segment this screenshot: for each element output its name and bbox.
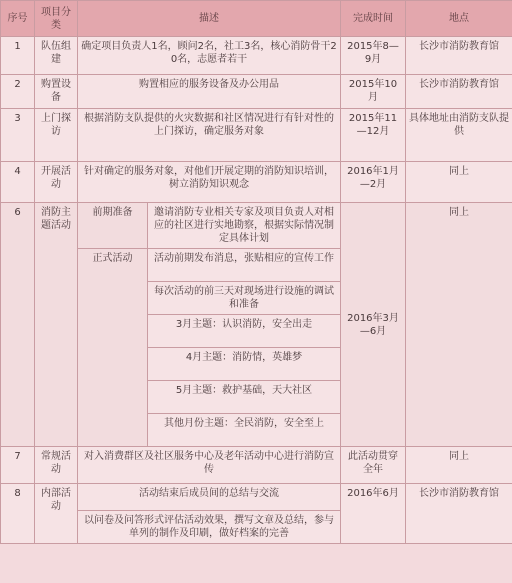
row-description: 对入消费群区及社区服务中心及老年活动中心进行消防宣传 — [78, 447, 341, 484]
row-description: 活动结束后成员间的总结与交流 — [78, 484, 341, 511]
row-location: 长沙市消防教育馆 — [406, 75, 512, 109]
row-no: 3 — [1, 109, 35, 162]
row-time: 2015年8—9月 — [341, 37, 406, 75]
row-no: 8 — [1, 484, 35, 544]
row-description: 购置相应的服务设备及办公用品 — [78, 75, 341, 109]
row-location: 长沙市消防教育馆 — [406, 484, 512, 544]
header-description: 描述 — [78, 1, 341, 37]
row-time: 2015年11—12月 — [341, 109, 406, 162]
row-category: 购置设备 — [35, 75, 78, 109]
row-location: 同上 — [406, 203, 512, 447]
table-row: 8 内部活动 活动结束后成员间的总结与交流 2016年6月 长沙市消防教育馆 — [1, 484, 512, 511]
row-category: 开展活动 — [35, 162, 78, 203]
row-time: 2015年10月 — [341, 75, 406, 109]
header-category: 项目分类 — [35, 1, 78, 37]
header-no: 序号 — [1, 1, 35, 37]
row-location: 具体地址由消防支队提供 — [406, 109, 512, 162]
table-row: 1 队伍组建 确定项目负责人1名，顾问2名，社工3名，核心消防骨干20名，志愿者… — [1, 37, 512, 75]
header-time: 完成时间 — [341, 1, 406, 37]
row-no: 1 — [1, 37, 35, 75]
row-location: 长沙市消防教育馆 — [406, 37, 512, 75]
sub-description: 每次活动的前三天对现场进行设施的调试和准备 — [148, 282, 341, 315]
sub-description: 邀请消防专业相关专家及项目负责人对相应的社区进行实地勘察，根据实际情况制定具体计… — [148, 203, 341, 249]
row-category: 内部活动 — [35, 484, 78, 544]
sub-description: 活动前期发布消息，张贴相应的宣传工作 — [148, 249, 341, 282]
row-no: 4 — [1, 162, 35, 203]
row-location: 同上 — [406, 447, 512, 484]
row-category: 消防主题活动 — [35, 203, 78, 447]
header-location: 地点 — [406, 1, 512, 37]
sub-description: 3月主题：认识消防，安全出走 — [148, 315, 341, 348]
row-no: 6 — [1, 203, 35, 447]
row-no: 7 — [1, 447, 35, 484]
row-no: 2 — [1, 75, 35, 109]
sub-category-prep: 前期准备 — [78, 203, 148, 249]
row-time: 2016年1月—2月 — [341, 162, 406, 203]
row-description: 针对确定的服务对象，对他们开展定期的消防知识培训，树立消防知识观念 — [78, 162, 341, 203]
table-row: 4 开展活动 针对确定的服务对象，对他们开展定期的消防知识培训，树立消防知识观念… — [1, 162, 512, 203]
row-category: 常规活动 — [35, 447, 78, 484]
plan-table: 序号 项目分类 描述 完成时间 地点 1 队伍组建 确定项目负责人1名，顾问2名… — [0, 0, 512, 544]
row-description: 根据消防支队提供的火灾数据和社区情况进行有针对性的上门探访，确定服务对象 — [78, 109, 341, 162]
row-time: 2016年3月—6月 — [341, 203, 406, 447]
table-row: 3 上门探访 根据消防支队提供的火灾数据和社区情况进行有针对性的上门探访，确定服… — [1, 109, 512, 162]
row-location: 同上 — [406, 162, 512, 203]
table-row: 6 消防主题活动 前期准备 邀请消防专业相关专家及项目负责人对相应的社区进行实地… — [1, 203, 512, 249]
sub-description: 其他月份主题：全民消防，安全至上 — [148, 414, 341, 447]
row-category: 上门探访 — [35, 109, 78, 162]
table-header-row: 序号 项目分类 描述 完成时间 地点 — [1, 1, 512, 37]
sub-description: 5月主题：救护基础，天大社区 — [148, 381, 341, 414]
row-category: 队伍组建 — [35, 37, 78, 75]
sub-description: 4月主题：消防情，英雄梦 — [148, 348, 341, 381]
row-description: 确定项目负责人1名，顾问2名，社工3名，核心消防骨干20名，志愿者若干 — [78, 37, 341, 75]
row-description: 以问卷及问答形式评估活动效果，撰写文章及总结，参与单列的制作及印刷，做好档案的完… — [78, 511, 341, 544]
sub-category-formal: 正式活动 — [78, 249, 148, 447]
table-row: 7 常规活动 对入消费群区及社区服务中心及老年活动中心进行消防宣传 此活动贯穿全… — [1, 447, 512, 484]
row-time: 2016年6月 — [341, 484, 406, 544]
row-time: 此活动贯穿全年 — [341, 447, 406, 484]
table-row: 2 购置设备 购置相应的服务设备及办公用品 2015年10月 长沙市消防教育馆 — [1, 75, 512, 109]
